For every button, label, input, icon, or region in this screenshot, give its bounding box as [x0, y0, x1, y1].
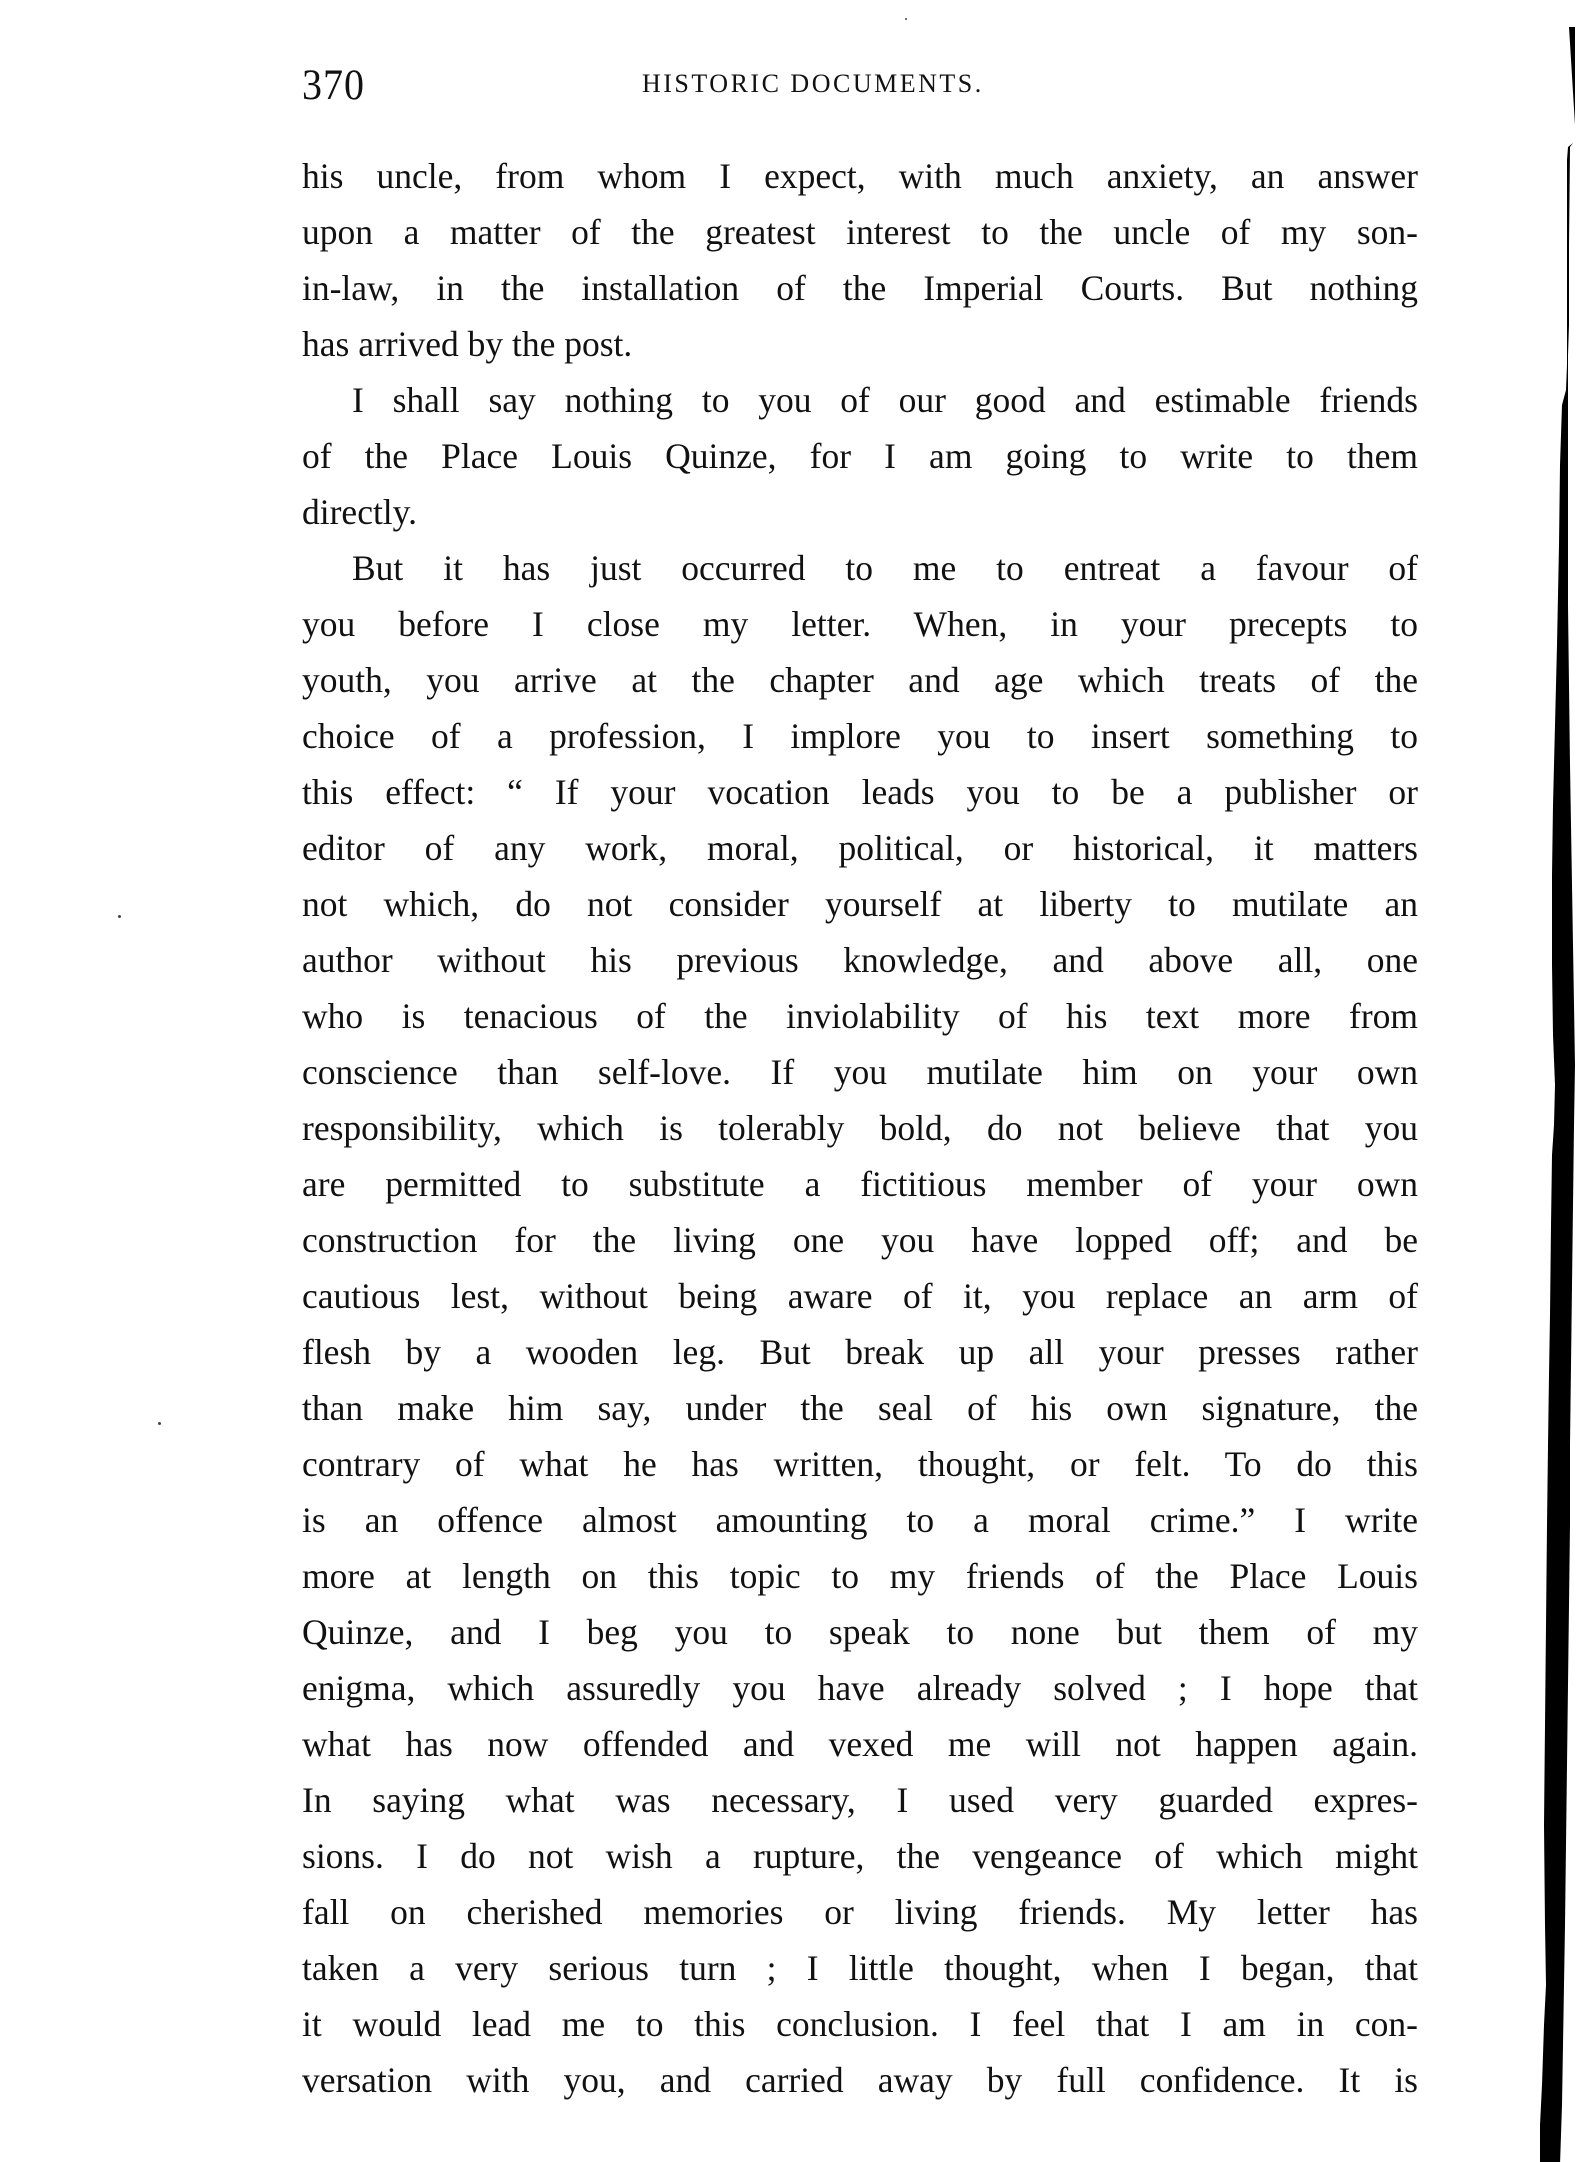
text-line — [302, 2108, 1418, 2162]
text-line: directly. — [302, 484, 1418, 540]
scan-speck — [905, 18, 907, 20]
text-line: cautious lest, without being aware of it… — [302, 1268, 1418, 1324]
binding-shadow-edge — [1540, 25, 1593, 2162]
text-line: youth, you arrive at the chapter and age… — [302, 652, 1418, 708]
paragraph-3: But it has just occurred to me to entrea… — [302, 540, 1418, 2162]
text-line: I shall say nothing to you of our good a… — [302, 372, 1418, 428]
text-line: But it has just occurred to me to entrea… — [302, 540, 1418, 596]
text-line: you before I close my letter. When, in y… — [302, 596, 1418, 652]
text-line: more at length on this topic to my frien… — [302, 1548, 1418, 1604]
text-line: not which, do not consider yourself at l… — [302, 876, 1418, 932]
text-line: this effect: “ If your vocation leads yo… — [302, 764, 1418, 820]
text-line: author without his previous knowledge, a… — [302, 932, 1418, 988]
text-line: contrary of what he has written, thought… — [302, 1436, 1418, 1492]
text-line: Quinze, and I beg you to speak to none b… — [302, 1604, 1418, 1660]
paragraph-2: I shall say nothing to you of our good a… — [302, 372, 1418, 540]
scan-speck — [118, 915, 121, 918]
text-line: sions. I do not wish a rupture, the veng… — [302, 1828, 1418, 1884]
text-line: are permitted to substitute a fictitious… — [302, 1156, 1418, 1212]
text-line: upon a matter of the greatest interest t… — [302, 204, 1418, 260]
text-line: in-law, in the installation of the Imper… — [302, 260, 1418, 316]
text-line: In saying what was necessary, I used ver… — [302, 1772, 1418, 1828]
text-line: taken a very serious turn ; I little tho… — [302, 1940, 1418, 1996]
text-line: responsibility, which is tolerably bold,… — [302, 1100, 1418, 1156]
text-line: what has now offended and vexed me will … — [302, 1716, 1418, 1772]
text-line: versation with you, and carried away by … — [302, 2052, 1418, 2108]
text-line: conscience than self-love. If you mutila… — [302, 1044, 1418, 1100]
text-line: editor of any work, moral, political, or… — [302, 820, 1418, 876]
text-line: fall on cherished memories or living fri… — [302, 1884, 1418, 1940]
text-line: enigma, which assuredly you have already… — [302, 1660, 1418, 1716]
page-number: 370 — [302, 58, 365, 112]
text-line: construction for the living one you have… — [302, 1212, 1418, 1268]
scan-speck — [158, 1422, 161, 1425]
text-line: is an offence almost amounting to a mora… — [302, 1492, 1418, 1548]
text-line: flesh by a wooden leg. But break up all … — [302, 1324, 1418, 1380]
text-line: than make him say, under the seal of his… — [302, 1380, 1418, 1436]
text-line: who is tenacious of the inviolability of… — [302, 988, 1418, 1044]
text-line: has arrived by the post. — [302, 316, 1418, 372]
running-head: 370 HISTORIC DOCUMENTS. — [302, 58, 1418, 108]
text-line: it would lead me to this conclusion. I f… — [302, 1996, 1418, 2052]
text-line: choice of a profession, I implore you to… — [302, 708, 1418, 764]
book-page: 370 HISTORIC DOCUMENTS. his uncle, from … — [0, 0, 1593, 2162]
running-title: HISTORIC DOCUMENTS. — [642, 64, 984, 104]
text-line: of the Place Louis Quinze, for I am goin… — [302, 428, 1418, 484]
body-text: his uncle, from whom I expect, with much… — [302, 148, 1418, 2162]
paragraph-1: his uncle, from whom I expect, with much… — [302, 148, 1418, 372]
text-line: his uncle, from whom I expect, with much… — [302, 148, 1418, 204]
